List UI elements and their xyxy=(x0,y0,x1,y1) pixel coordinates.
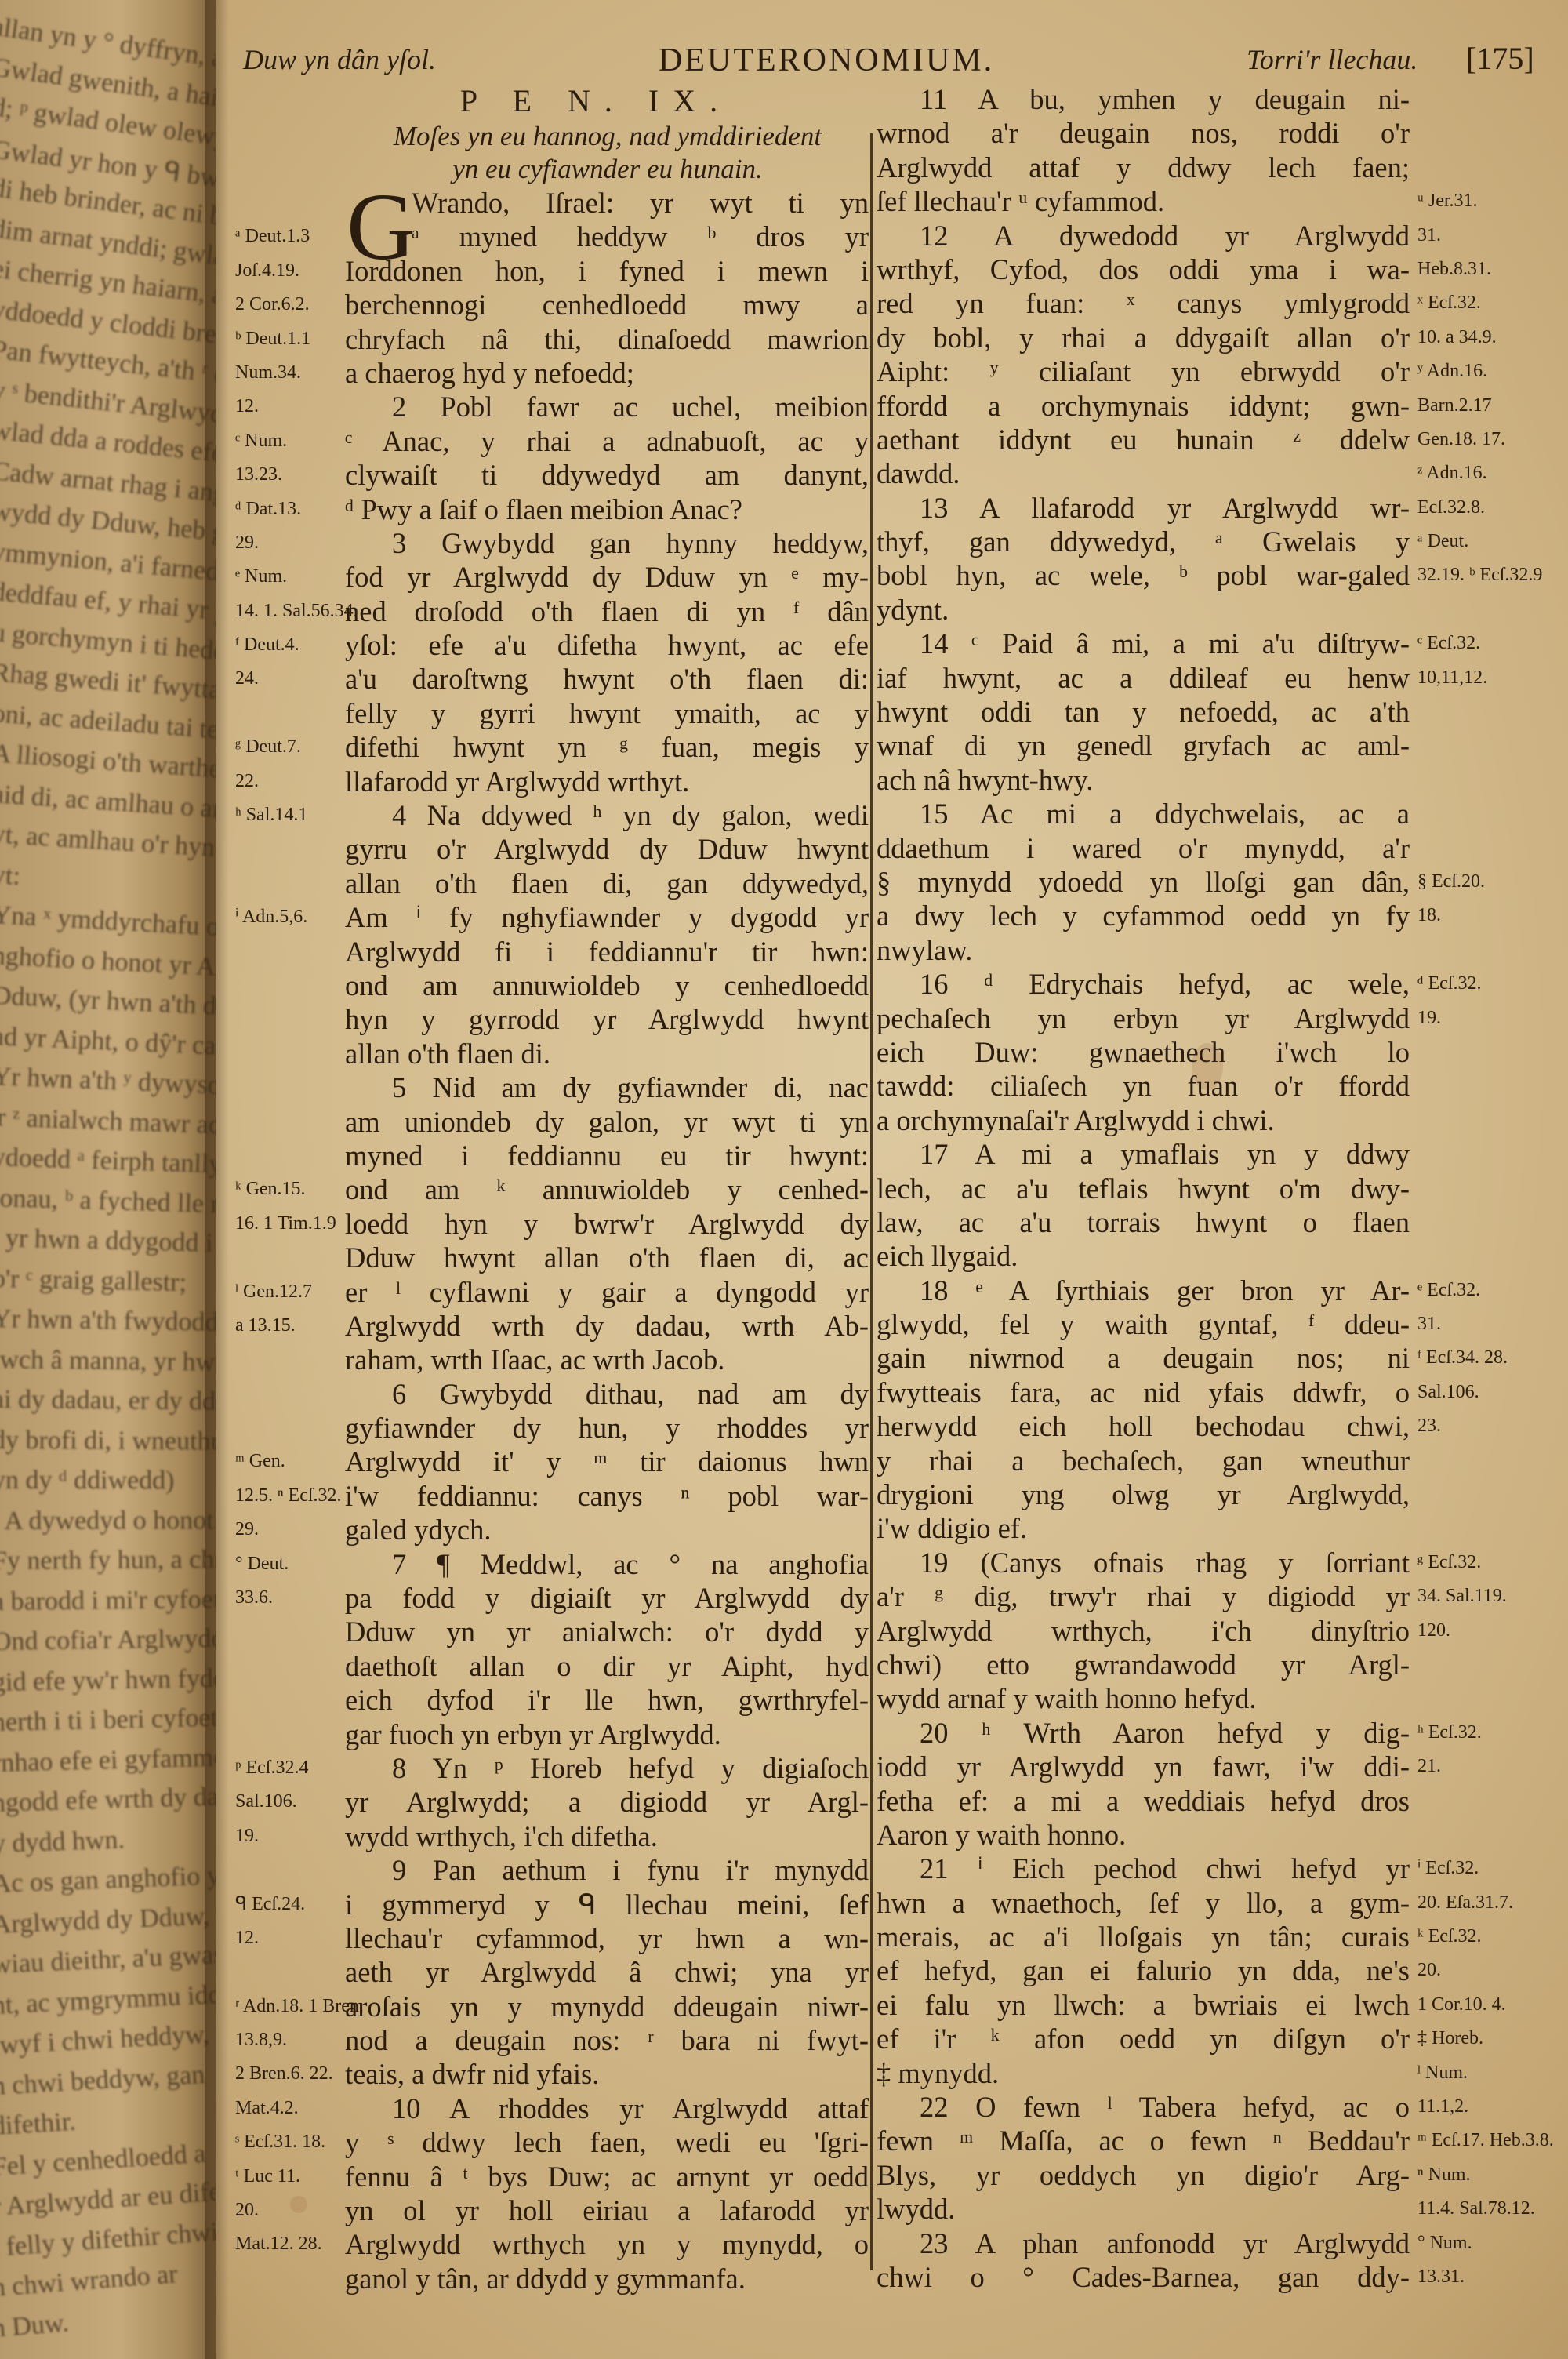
text-line: ʰ Sal.14.14 Na ddywed ʰ yn dy galon, wed… xyxy=(235,798,869,832)
left-column: P E N. IX. Moſes yn eu hannog, nad ymddi… xyxy=(235,82,869,2295)
verse-text: ddaethum i wared o'r mynydd, a'r xyxy=(877,831,1410,865)
facing-page-line: n chwi beddyw, gan xyxy=(0,2059,205,2101)
left-verses: G Wrando, Iſrael: yr wyt ti ynᵃ Deut.1.3… xyxy=(235,186,869,2295)
verse-text: a'r ᵍ dig, trwy'r rhai y digiodd yr xyxy=(877,1579,1410,1613)
facing-page-line: A lliosogi o'th warthec xyxy=(0,739,216,786)
text-line: ddaethum i wared o'r mynydd, a'r xyxy=(877,831,1566,865)
text-line: Num.34.a chaerog hyd y nefoedd; xyxy=(235,356,869,390)
verse-text: wrnod a'r deugain nos, roddi o'r xyxy=(877,116,1410,150)
text-line: Dduw yn yr anialwch: o'r dydd y xyxy=(235,1615,869,1648)
text-line: gar fuoch yn erbyn yr Arglwydd. xyxy=(235,1717,869,1751)
text-line: 12.llechau'r cyfammod, yr hwn a wn- xyxy=(235,1921,869,1955)
facing-page-line: rnhao efe ei gyfammod, xyxy=(0,1742,216,1778)
margin-reference: 24. xyxy=(235,662,343,696)
verse-text: gar fuoch yn erbyn yr Arglwydd. xyxy=(345,1717,869,1751)
text-line: 11.4. Sal.78.12.lwydd. xyxy=(877,2192,1566,2226)
text-line: 23.herwydd eich holl bechodau chwi, xyxy=(877,1409,1566,1443)
verse-text: fetha ef: a mi a weddiais hefyd dros xyxy=(877,1784,1410,1818)
margin-reference: Sal.106. xyxy=(235,1785,343,1819)
text-line: ᵉ Ecſ.32.18 ᵉ A ſyrthiais ger bron yr Ar… xyxy=(877,1274,1566,1307)
text-line: i'w ddigio ef. xyxy=(877,1511,1566,1545)
margin-reference: 33.6. xyxy=(235,1581,343,1615)
text-line: gyrru o'r Arglwydd dy Dduw hwynt xyxy=(235,832,869,866)
text-line: ᵖ Ecſ.32.48 Yn ᵖ Horeb hefyd y digiaſoch xyxy=(235,1751,869,1785)
text-line: ᵃ Deut.thyf, gan ddywedyd, ᵃ Gwelais y xyxy=(877,525,1566,558)
verse-text: ᶜ Anac, y rhai a adnabuoſt, ac y xyxy=(345,424,869,458)
verse-text: 15 Ac mi a ddychwelais, ac a xyxy=(920,797,1410,831)
verse-text: 21 ⁱ Eich pechod chwi hefyd yr xyxy=(920,1852,1410,1885)
margin-reference: ᑫ Ecſ.24. xyxy=(235,1888,343,1921)
facing-page-line: ionau, ᵇ a fyched lle nid xyxy=(0,1183,216,1220)
verse-text: Am ⁱ fy nghyfiawnder y dygodd yr xyxy=(345,900,869,934)
text-line: 21.iodd yr Arglwydd yn fawr, i'w ddi- xyxy=(877,1750,1566,1783)
verse-text: Iorddonen hon, i fyned i mewn i xyxy=(345,254,869,288)
gutter-shadow xyxy=(205,0,229,2359)
text-line: ach nâ hwynt-hwy. xyxy=(877,763,1566,797)
text-line: allan o'th flaen di, gan ddywedyd, xyxy=(235,867,869,900)
verse-text: gain niwrnod a deugain nos; ni xyxy=(877,1341,1410,1375)
verse-text: ffordd a orchymynais iddynt; gwn- xyxy=(877,389,1410,423)
text-line: eich llygaid. xyxy=(877,1239,1566,1273)
text-line: 10. a 34.9.dy bobl, y rhai a ddygaiſt al… xyxy=(877,321,1566,354)
verse-text: 20 ʰ Wrth Aaron hefyd y dig- xyxy=(920,1716,1410,1750)
summary-line: Moſes yn eu hannog, nad ymddiriedent xyxy=(349,120,866,153)
verse-text: Arglwydd wrthych yn y mynydd, o xyxy=(345,2227,869,2261)
text-line: raham, wrth Iſaac, ac wrth Jacob. xyxy=(235,1343,869,1376)
verse-text: 7 ¶ Meddwl, ac ° na anghofia xyxy=(392,1547,869,1581)
text-line: 19.pechaſech yn erbyn yr Arglwydd xyxy=(877,1001,1566,1035)
text-line: wrnod a'r deugain nos, roddi o'r xyxy=(877,116,1566,150)
text-line: 12.2 Pobl fawr ac uchel, meibion xyxy=(235,390,869,423)
text-line: 14. 1. Sal.56.34.ned droſodd o'th flaen … xyxy=(235,594,869,628)
verse-text: 6 Gwybydd dithau, nad am dy xyxy=(392,1377,869,1411)
margin-reference: ° Deut. xyxy=(235,1547,343,1581)
verse-text: 13 A llafarodd yr Arglwydd wr- xyxy=(920,491,1410,525)
margin-reference: Ecſ.32.8. xyxy=(1417,491,1566,525)
margin-reference: ˡ Gen.12.7 xyxy=(235,1275,343,1309)
verse-text: eich llygaid. xyxy=(877,1239,1410,1273)
text-line: ond am annuwioldeb y cenhedloedd xyxy=(235,969,869,1002)
text-line: ᵍ Deut.7.difethi hwynt yn ᵍ fuan, megis … xyxy=(235,730,869,764)
text-line: Barn.2.17ffordd a orchymynais iddynt; gw… xyxy=(877,389,1566,423)
chapter-heading: P E N. IX. xyxy=(337,82,855,120)
text-line: 2 Bren.6. 22.teais, a dwfr nid yfais. xyxy=(235,2057,869,2091)
text-line: hyn y gyrrodd yr Arglwydd hwynt xyxy=(235,1002,869,1036)
text-line: 9 Pan aethum i fynu i'r mynydd xyxy=(235,1853,869,1887)
verse-text: daethoſt allan o dir yr Aipht, hyd xyxy=(345,1649,869,1683)
margin-reference: 2 Cor.6.2. xyxy=(235,288,343,322)
facing-page-line: ad yr Aipht, o dŷ'r caethiw- xyxy=(0,1022,216,1064)
margin-reference: 2 Bren.6. 22. xyxy=(235,2057,343,2091)
verse-text: aeth yr Arglwydd â chwi; yna yr xyxy=(345,1955,869,1989)
text-line: 1 Cor.10. 4.ei falu yn llwch: a bwriais … xyxy=(877,1988,1566,2022)
text-line: Mat.4.2.10 A rhoddes yr Arglwydd attaf xyxy=(235,2092,869,2125)
text-line: 31.12 A dywedodd yr Arglwydd xyxy=(877,219,1566,253)
margin-reference: 11.1,2. xyxy=(1417,2090,1566,2124)
facing-page-line: Ac os gan anghofio yr xyxy=(0,1861,216,1899)
facing-page-line: nerth i ti i beri cyfoeth, xyxy=(0,1703,216,1738)
text-line: ʸ Adn.16.Aipht: ʸ ciliaſant yn ebrwydd o… xyxy=(877,354,1566,388)
margin-reference: 11.4. Sal.78.12. xyxy=(1417,2192,1566,2226)
verse-text: wrthyf, Cyfod, dos oddi yma i wa- xyxy=(877,253,1410,286)
text-line: lech, ac a'u teflais hwynt o'm dwy- xyxy=(877,1172,1566,1205)
margin-reference: 12. xyxy=(235,1921,343,1955)
verse-text: ach nâ hwynt-hwy. xyxy=(877,763,1410,797)
verse-text: 23 A phan anfonodd yr Arglwydd xyxy=(920,2226,1410,2260)
margin-reference: ᵐ Ecſ.17. Heb.3.8. xyxy=(1417,2124,1566,2157)
margin-reference: 10. a 34.9. xyxy=(1417,321,1566,354)
margin-reference: 120. xyxy=(1417,1614,1566,1648)
margin-reference: 21. xyxy=(1417,1750,1566,1783)
text-line: 11 A bu, ymhen y deugain ni- xyxy=(877,82,1566,116)
text-line: ⁿ Num.Blys, yr oeddych yn digio'r Arg- xyxy=(877,2158,1566,2192)
text-line: 22.llafarodd yr Arglwydd wrthyt. xyxy=(235,765,869,798)
text-line: § Ecſ.20.§ mynydd ydoedd yn lloſgi gan d… xyxy=(877,865,1566,899)
verse-text: wnaf di yn genedl gryfach ac aml- xyxy=(877,729,1410,762)
text-line: ⁱ Ecſ.32.21 ⁱ Eich pechod chwi hefyd yr xyxy=(877,1852,1566,1885)
facing-page-line: lwyf i chwi heddyw, gan xyxy=(0,2017,216,2060)
margin-reference: 1 Cor.10. 4. xyxy=(1417,1988,1566,2022)
margin-reference: ᵘ Jer.31. xyxy=(1417,184,1566,218)
text-line: wnaf di yn genedl gryfach ac aml- xyxy=(877,729,1566,762)
verse-text: dy bobl, y rhai a ddygaiſt allan o'r xyxy=(877,321,1410,354)
facing-page-line: ᵉ A dywedyd o honot yn dy xyxy=(0,1506,216,1536)
verse-text: wydd wrthych, i'ch difetha. xyxy=(345,1819,869,1853)
text-line: ʰ Ecſ.32.20 ʰ Wrth Aaron hefyd y dig- xyxy=(877,1716,1566,1750)
margin-reference: ᵍ Deut.7. xyxy=(235,730,343,764)
margin-reference: § Ecſ.20. xyxy=(1417,865,1566,899)
margin-reference: 13.31. xyxy=(1417,2260,1566,2294)
margin-reference: 20. xyxy=(235,2194,343,2227)
margin-reference: Heb.8.31. xyxy=(1417,253,1566,286)
facing-page-line: Yr hwn a'th ʸ dywysodd xyxy=(0,1062,216,1102)
margin-reference: ˣ Ecſ.32. xyxy=(1417,286,1566,320)
verse-text: 18 ᵉ A ſyrthiais ger bron yr Ar- xyxy=(920,1274,1410,1307)
verse-text: ᵃ myned heddyw ᵇ dros yr xyxy=(412,220,869,253)
verse-text: law, ac a'u torrais hwynt o flaen xyxy=(877,1205,1410,1239)
verse-text: § mynydd ydoedd yn lloſgi gan dân, xyxy=(877,865,1410,899)
text-line: ᶜ Num.ᶜ Anac, y rhai a adnabuoſt, ac y xyxy=(235,424,869,458)
page-number: [175] xyxy=(1466,40,1534,77)
verse-text: yſol: efe a'u difetha hwynt, ac efe xyxy=(345,628,869,662)
verse-text: clywaiſt ti ddywedyd am danynt, xyxy=(345,458,869,492)
verse-text: pechaſech yn erbyn yr Arglwydd xyxy=(877,1001,1410,1035)
text-line: a orchymynaſai'r Arglwydd i chwi. xyxy=(877,1103,1566,1137)
verse-text: ef i'r ᵏ afon oedd yn diſgyn o'r xyxy=(877,2022,1410,2055)
facing-page-line: a barodd i mi'r cyfoeth hwn. xyxy=(0,1584,216,1617)
margin-reference: 14. 1. Sal.56.34. xyxy=(235,594,343,628)
margin-reference: 16. 1 Tim.1.9 xyxy=(235,1207,343,1241)
verse-text: galed ydych. xyxy=(345,1513,869,1547)
verse-text: 16 ᵈ Edrychais hefyd, ac wele, xyxy=(920,967,1410,1001)
text-line: 5 Nid am dy gyfiawnder di, nac xyxy=(235,1070,869,1104)
verse-text: hyn y gyrrodd yr Arglwydd hwynt xyxy=(345,1002,869,1036)
margin-reference: ʳ Adn.18. 1 Bren. xyxy=(235,1990,343,2023)
margin-reference: ᶠ Deut.4. xyxy=(235,628,343,662)
margin-reference: ᵐ Gen. xyxy=(235,1445,343,1478)
verse-text: ond am ᵏ annuwioldeb y cenhed- xyxy=(345,1172,869,1206)
text-line: ᵗ Luc 11.fennu â ᵗ bys Duw; ac arnynt yr… xyxy=(235,2160,869,2194)
margin-reference: 20. xyxy=(1417,1954,1566,1987)
verse-text: y ˢ ddwy lech faen, wedi eu 'ſgri- xyxy=(345,2125,869,2159)
verse-text: drygioni yng olwg yr Arglwydd, xyxy=(877,1478,1410,1511)
verse-text: aethant iddynt eu hunain ᶻ ddelw xyxy=(877,423,1410,456)
margin-reference: Mat.12. 28. xyxy=(235,2227,343,2261)
verse-text: llechau'r cyfammod, yr hwn a wn- xyxy=(345,1921,869,1955)
text-line: wydd arnaf y waith honno hefyd. xyxy=(877,1681,1566,1715)
margin-reference: ʸ Adn.16. xyxy=(1417,354,1566,388)
facing-page-line: yt, ac amlhau o'r hyn oll xyxy=(0,820,216,866)
margin-reference: ᵍ Ecſ.32. xyxy=(1417,1546,1566,1579)
verse-text: 22 O fewn ˡ Tabera hefyd, ac o xyxy=(920,2090,1410,2124)
verse-text: thyf, gan ddywedyd, ᵃ Gwelais y xyxy=(877,525,1410,558)
margin-reference: 29. xyxy=(235,526,343,560)
margin-reference: ⁱ Ecſ.32. xyxy=(1417,1852,1566,1885)
verse-text: Arglwydd attaf y ddwy lech faen; xyxy=(877,151,1410,184)
verse-text: dawdd. xyxy=(877,456,1410,490)
verse-text: felly y gyrri hwynt ymaith, ac y xyxy=(345,696,869,730)
facing-page-line: wiau dieithr, a'u gwasan- xyxy=(0,1939,216,1980)
facing-page-line: aid di, ac amlhau o arian xyxy=(0,780,216,827)
verse-text: 10 A rhoddes yr Arglwydd attaf xyxy=(392,2092,869,2125)
verse-text: er ˡ cyflawni y gair a dyngodd yr xyxy=(345,1275,869,1309)
text-line: ᵐ Ecſ.17. Heb.3.8.fewn ᵐ Maſſa, ac o few… xyxy=(877,2124,1566,2157)
margin-reference: Barn.2.17 xyxy=(1417,389,1566,423)
verse-text: ei falu yn llwch: a bwriais ei lwch xyxy=(877,1988,1410,2022)
margin-reference: 13.23. xyxy=(235,458,343,492)
text-line: 10,11,12.iaf hwynt, ac a ddileaf eu henw xyxy=(877,661,1566,695)
right-verses: 11 A bu, ymhen y deugain ni-wrnod a'r de… xyxy=(877,82,1566,2294)
text-line: ᵍ Ecſ.32.19 (Canys ofnais rhag y ſorrian… xyxy=(877,1546,1566,1579)
text-line: Wrando, Iſrael: yr wyt ti yn xyxy=(235,186,869,220)
margin-reference: 18. xyxy=(1417,899,1566,932)
margin-reference: ᵃ Deut. xyxy=(1417,525,1566,558)
margin-reference: 20. Eſa.31.7. xyxy=(1417,1886,1566,1920)
text-line: eich dyfod i'r lle hwn, gwrthryfel- xyxy=(235,1683,869,1717)
verse-text: 5 Nid am dy gyfiawnder di, nac xyxy=(392,1070,869,1104)
text-line: felly y gyrri hwynt ymaith, ac y xyxy=(235,696,869,730)
facing-page-line: gid efe yw'r hwn fydd yn xyxy=(0,1663,216,1697)
verse-text: teais, a dwfr nid yfais. xyxy=(345,2057,869,2091)
text-line: 20.yn ol yr holl eiriau a lafarodd yr xyxy=(235,2194,869,2227)
margin-reference: ⁱ Adn.5,6. xyxy=(235,900,343,934)
margin-reference: ᶜ Num. xyxy=(235,424,343,458)
verse-text: allan o'th flaen di. xyxy=(345,1037,869,1070)
running-head-right: Torri'r llechau. xyxy=(1247,43,1417,76)
verse-text: Aipht: ʸ ciliaſant yn ebrwydd o'r xyxy=(877,354,1410,388)
margin-reference: 22. xyxy=(235,765,343,798)
verse-text: 14 ᶜ Paid â mi, a mi a'u diſtryw- xyxy=(920,627,1410,660)
text-line: tawdd: ciliaſech yn fuan o'r ffordd xyxy=(877,1069,1566,1103)
text-line: ganol y tân, ar ddydd y gymmanfa. xyxy=(235,2262,869,2295)
facing-page-line: Fy nerth fy hun, a chryfder xyxy=(0,1545,216,1576)
right-column: 11 A bu, ymhen y deugain ni-wrnod a'r de… xyxy=(877,82,1566,2294)
text-line: ᵏ Gen.15.ond am ᵏ annuwioldeb y cenhed- xyxy=(235,1172,869,1206)
bible-page: allan yn y ° dyffryn, ac yn yGwlad gweni… xyxy=(0,0,1568,2359)
facing-page-line: y dydd hwn. xyxy=(0,1825,125,1859)
margin-reference: 10,11,12. xyxy=(1417,661,1566,695)
text-line: ⁱ Adn.5,6.Am ⁱ fy nghyfiawnder y dygodd … xyxy=(235,900,869,934)
verse-text: Blys, yr oeddych yn digio'r Arg- xyxy=(877,2158,1410,2192)
summary-line: yn eu cyfiawnder eu hunain. xyxy=(349,153,866,186)
text-line: ˡ Gen.12.7er ˡ cyflawni y gair a dyngodd… xyxy=(235,1275,869,1309)
facing-page-line: nt, ac ymgrymmu iddynt, xyxy=(0,1978,216,2021)
text-line: 31.glwydd, fel y waith gyntaf, ᶠ ddeu- xyxy=(877,1307,1566,1341)
verse-text: berchennogi cenhedloedd mwy a xyxy=(345,288,869,322)
verse-text: merais, ac a'i lloſgais yn tân; curais xyxy=(877,1920,1410,1954)
verse-text: chwi) etto gwrandawodd yr Argl- xyxy=(877,1648,1410,1681)
verse-text: fennu â ᵗ bys Duw; ac arnynt yr oedd xyxy=(345,2160,869,2194)
verse-text: chryfach nâ thi, dinaſoedd mawrion xyxy=(345,322,869,356)
verse-text: nwylaw. xyxy=(877,933,1410,967)
verse-text: ganol y tân, ar ddydd y gymmanfa. xyxy=(345,2262,869,2295)
text-line: ʳ Adn.18. 1 Bren.aroſais yn y mynydd dde… xyxy=(235,1990,869,2023)
verse-text: aroſais yn y mynydd ddeugain niwr- xyxy=(345,1990,869,2023)
text-line: 29.3 Gwybydd gan hynny heddyw, xyxy=(235,526,869,560)
margin-reference: 23. xyxy=(1417,1409,1566,1443)
verse-text: Dduw yn yr anialwch: o'r dydd y xyxy=(345,1615,869,1648)
verse-text: raham, wrth Iſaac, ac wrth Jacob. xyxy=(345,1343,869,1376)
verse-text: herwydd eich holl bechodau chwi, xyxy=(877,1409,1410,1443)
verse-text: ᵈ Pwy a ſaif o flaen meibion Anac? xyxy=(345,493,869,526)
facing-page-line: oni, ac adeiladu tai teg, a xyxy=(0,699,216,748)
text-line: 18.a dwy lech y cyfammod oedd yn fy xyxy=(877,899,1566,932)
verse-text: a dwy lech y cyfammod oedd yn fy xyxy=(877,899,1410,932)
margin-reference: ʰ Sal.14.1 xyxy=(235,798,343,832)
text-line: ᵇ Deut.1.1chryfach nâ thi, dinaſoedd maw… xyxy=(235,322,869,356)
text-line: ° Num.23 A phan anfonodd yr Arglwydd xyxy=(877,2226,1566,2260)
verse-text: ydynt. xyxy=(877,593,1410,627)
verse-text: Wrando, Iſrael: yr wyt ti yn xyxy=(412,186,869,220)
text-line: 6 Gwybydd dithau, nad am dy xyxy=(235,1377,869,1411)
facing-page-line: Arglwydd dy Dduw, yr xyxy=(0,1900,216,1940)
verse-text: difethi hwynt yn ᵍ fuan, megis y xyxy=(345,730,869,764)
verse-text: chwi o ° Cades-Barnea, gan ddy- xyxy=(877,2260,1410,2294)
verse-text: allan o'th flaen di, gan ddywedyd, xyxy=(345,867,869,900)
facing-page-line: n chwi wrando ar xyxy=(0,2259,179,2303)
margin-reference: ᵉ Ecſ.32. xyxy=(1417,1274,1566,1307)
text-line: a 13.15.Arglwydd wrth dy dadau, wrth Ab- xyxy=(235,1309,869,1343)
verse-text: nod a deugain nos: ʳ bara ni fwyt- xyxy=(345,2023,869,2057)
facing-page-line: yn dy ᵈ ddiwedd) xyxy=(0,1466,175,1496)
running-head-left: Duw yn dân yſol. xyxy=(243,43,436,76)
margin-reference: ᵈ Dat.13. xyxy=(235,493,343,526)
text-line: 32.19. ᵇ Ecſ.32.9bobl hyn, ac wele, ᵇ po… xyxy=(877,558,1566,592)
text-line: ˣ Ecſ.32.red yn fuan: ˣ canys ymlygrodd xyxy=(877,286,1566,320)
margin-reference: 31. xyxy=(1417,1307,1566,1341)
verse-text: myned i feddiannu eu tir hwynt: xyxy=(345,1139,869,1172)
verse-text: 8 Yn ᵖ Horeb hefyd y digiaſoch xyxy=(392,1751,869,1785)
verse-text: 4 Na ddywed ʰ yn dy galon, wedi xyxy=(392,798,869,832)
verse-text: tawdd: ciliaſech yn fuan o'r ffordd xyxy=(877,1069,1410,1103)
text-line: 120.Arglwydd wrthych, i'ch dinyſtrio xyxy=(877,1614,1566,1648)
text-line: ᵈ Ecſ.32.16 ᵈ Edrychais hefyd, ac wele, xyxy=(877,967,1566,1001)
text-line: Heb.8.31.wrthyf, Cyfod, dos oddi yma i w… xyxy=(877,253,1566,286)
margin-reference: ᵃ Deut.1.3 xyxy=(235,220,343,253)
verse-text: iaf hwynt, ac a ddileaf eu henw xyxy=(877,661,1410,695)
book-title: DEUTERONOMIUM. xyxy=(659,42,994,79)
text-line: 20.ef hefyd, gan ei falurio yn dda, ne's xyxy=(877,1954,1566,1987)
text-line: Dduw hwynt allan o'th flaen di, ac xyxy=(235,1241,869,1274)
margin-reference: ʰ Ecſ.32. xyxy=(1417,1716,1566,1750)
verse-text: llafarodd yr Arglwydd wrthyt. xyxy=(345,765,869,798)
margin-reference: 31. xyxy=(1417,219,1566,253)
text-line: Ecſ.32.8.13 A llafarodd yr Arglwydd wr- xyxy=(877,491,1566,525)
text-line: ᵘ Jer.31.ſef llechau'r ᵘ cyfammod. xyxy=(877,184,1566,218)
verse-text: i gymmeryd y ᑫ llechau meini, ſef xyxy=(345,1888,869,1921)
verse-text: ‡ mynydd. xyxy=(877,2056,1410,2090)
verse-text: loedd hyn y bwrw'r Arglwydd dy xyxy=(345,1207,869,1241)
margin-reference: 19. xyxy=(1417,1001,1566,1035)
text-line: chwi) etto gwrandawodd yr Argl- xyxy=(877,1648,1566,1681)
text-line: fetha ef: a mi a weddiais hefyd dros xyxy=(877,1784,1566,1818)
text-line: ˢ Ecſ.31. 18.y ˢ ddwy lech faen, wedi eu… xyxy=(235,2125,869,2159)
text-line: law, ac a'u torrais hwynt o flaen xyxy=(877,1205,1566,1239)
text-line: ᶠ Deut.4.yſol: efe a'u difetha hwynt, ac… xyxy=(235,628,869,662)
text-line: 33.6.pa fodd y digiaiſt yr Arglwydd dy xyxy=(235,1581,869,1615)
verse-text: iodd yr Arglwydd yn fawr, i'w ddi- xyxy=(877,1750,1410,1783)
text-line: ᵉ Num.fod yr Arglwydd dy Dduw yn ᵉ my- xyxy=(235,560,869,594)
text-line: 11.1,2.22 O fewn ˡ Tabera hefyd, ac o xyxy=(877,2090,1566,2124)
verse-text: hwynt oddi tan y nefoedd, ac a'th xyxy=(877,695,1410,729)
text-line: Arglwydd fi i feddiannu'r tir hwn: xyxy=(235,935,869,969)
facing-page-line: Ond cofia'r Arglwydd dy Dduw xyxy=(0,1623,216,1657)
verse-text: Aaron y waith honno. xyxy=(877,1818,1410,1852)
verse-text: i'w ddigio ef. xyxy=(877,1511,1410,1545)
verse-text: 3 Gwybydd gan hynny heddyw, xyxy=(392,526,869,560)
verse-text: a'u daroſtwng hwynt o'th flaen di: xyxy=(345,662,869,696)
verse-text: ef hefyd, gan ei falurio yn dda, ne's xyxy=(877,1954,1410,1987)
text-line: 24.a'u daroſtwng hwynt o'th flaen di: xyxy=(235,662,869,696)
verse-text: ſef llechau'r ᵘ cyfammod. xyxy=(877,184,1410,218)
text-line: ° Deut.7 ¶ Meddwl, ac ° na anghofia xyxy=(235,1547,869,1581)
margin-reference: 19. xyxy=(235,1819,343,1853)
facing-page-line: ai dy dadau, er dy ddarostwng xyxy=(0,1385,216,1418)
text-line: aeth yr Arglwydd â chwi; yna yr xyxy=(235,1955,869,1989)
verse-text: wydd arnaf y waith honno hefyd. xyxy=(877,1681,1410,1715)
text-line: y rhai a bechaſech, gan wneuthur xyxy=(877,1444,1566,1478)
text-line: 16. 1 Tim.1.9loedd hyn y bwrw'r Arglwydd… xyxy=(235,1207,869,1241)
facing-page-line: Yr hwn a'th fwydodd di yn xyxy=(0,1304,216,1339)
margin-reference: ᶜ Ecſ.32. xyxy=(1417,627,1566,660)
text-line: allan o'th flaen di. xyxy=(235,1037,869,1070)
text-line: 13.23.clywaiſt ti ddywedyd am danynt, xyxy=(235,458,869,492)
text-line: ‡ Horeb.ef i'r ᵏ afon oedd yn diſgyn o'r xyxy=(877,2022,1566,2055)
margin-reference: 29. xyxy=(235,1513,343,1547)
verse-text: Arglwydd fi i feddiannu'r tir hwn: xyxy=(345,935,869,969)
text-line: Gen.18. 17.aethant iddynt eu hunain ᶻ dd… xyxy=(877,423,1566,456)
text-line: nwylaw. xyxy=(877,933,1566,967)
text-line: ᵈ Dat.13.ᵈ Pwy a ſaif o flaen meibion An… xyxy=(235,493,869,526)
verse-text: eich dyfod i'r lle hwn, gwrthryfel- xyxy=(345,1683,869,1717)
facing-page-line: ydoedd ᵃ feirph tanllyd, ac xyxy=(0,1143,216,1181)
margin-reference: ° Num. xyxy=(1417,2226,1566,2260)
verse-text: 17 A mi a ymaflais yn y ddwy xyxy=(920,1137,1410,1171)
verse-text: glwydd, fel y waith gyntaf, ᶠ ddeu- xyxy=(877,1307,1410,1341)
margin-reference: ᵖ Ecſ.32.4 xyxy=(235,1751,343,1785)
text-line: ᵏ Ecſ.32.merais, ac a'i lloſgais yn tân;… xyxy=(877,1920,1566,1954)
margin-reference: Gen.18. 17. xyxy=(1417,423,1566,456)
verse-text: Arglwydd it' y ᵐ tir daionus hwn xyxy=(345,1445,869,1478)
text-line: 12.5. ⁿ Ecſ.32.i'w feddiannu: canys ⁿ po… xyxy=(235,1479,869,1513)
verse-text: lwydd. xyxy=(877,2192,1410,2226)
margin-reference: 32.19. ᵇ Ecſ.32.9 xyxy=(1417,558,1566,592)
margin-reference: Sal.106. xyxy=(1417,1376,1566,1409)
text-line: 17 A mi a ymaflais yn y ddwy xyxy=(877,1137,1566,1171)
verse-text: gyrru o'r Arglwydd dy Dduw hwynt xyxy=(345,832,869,866)
margin-reference: ᶠ Ecſ.34. 28. xyxy=(1417,1341,1566,1375)
margin-reference: 13.8,9. xyxy=(235,2023,343,2057)
